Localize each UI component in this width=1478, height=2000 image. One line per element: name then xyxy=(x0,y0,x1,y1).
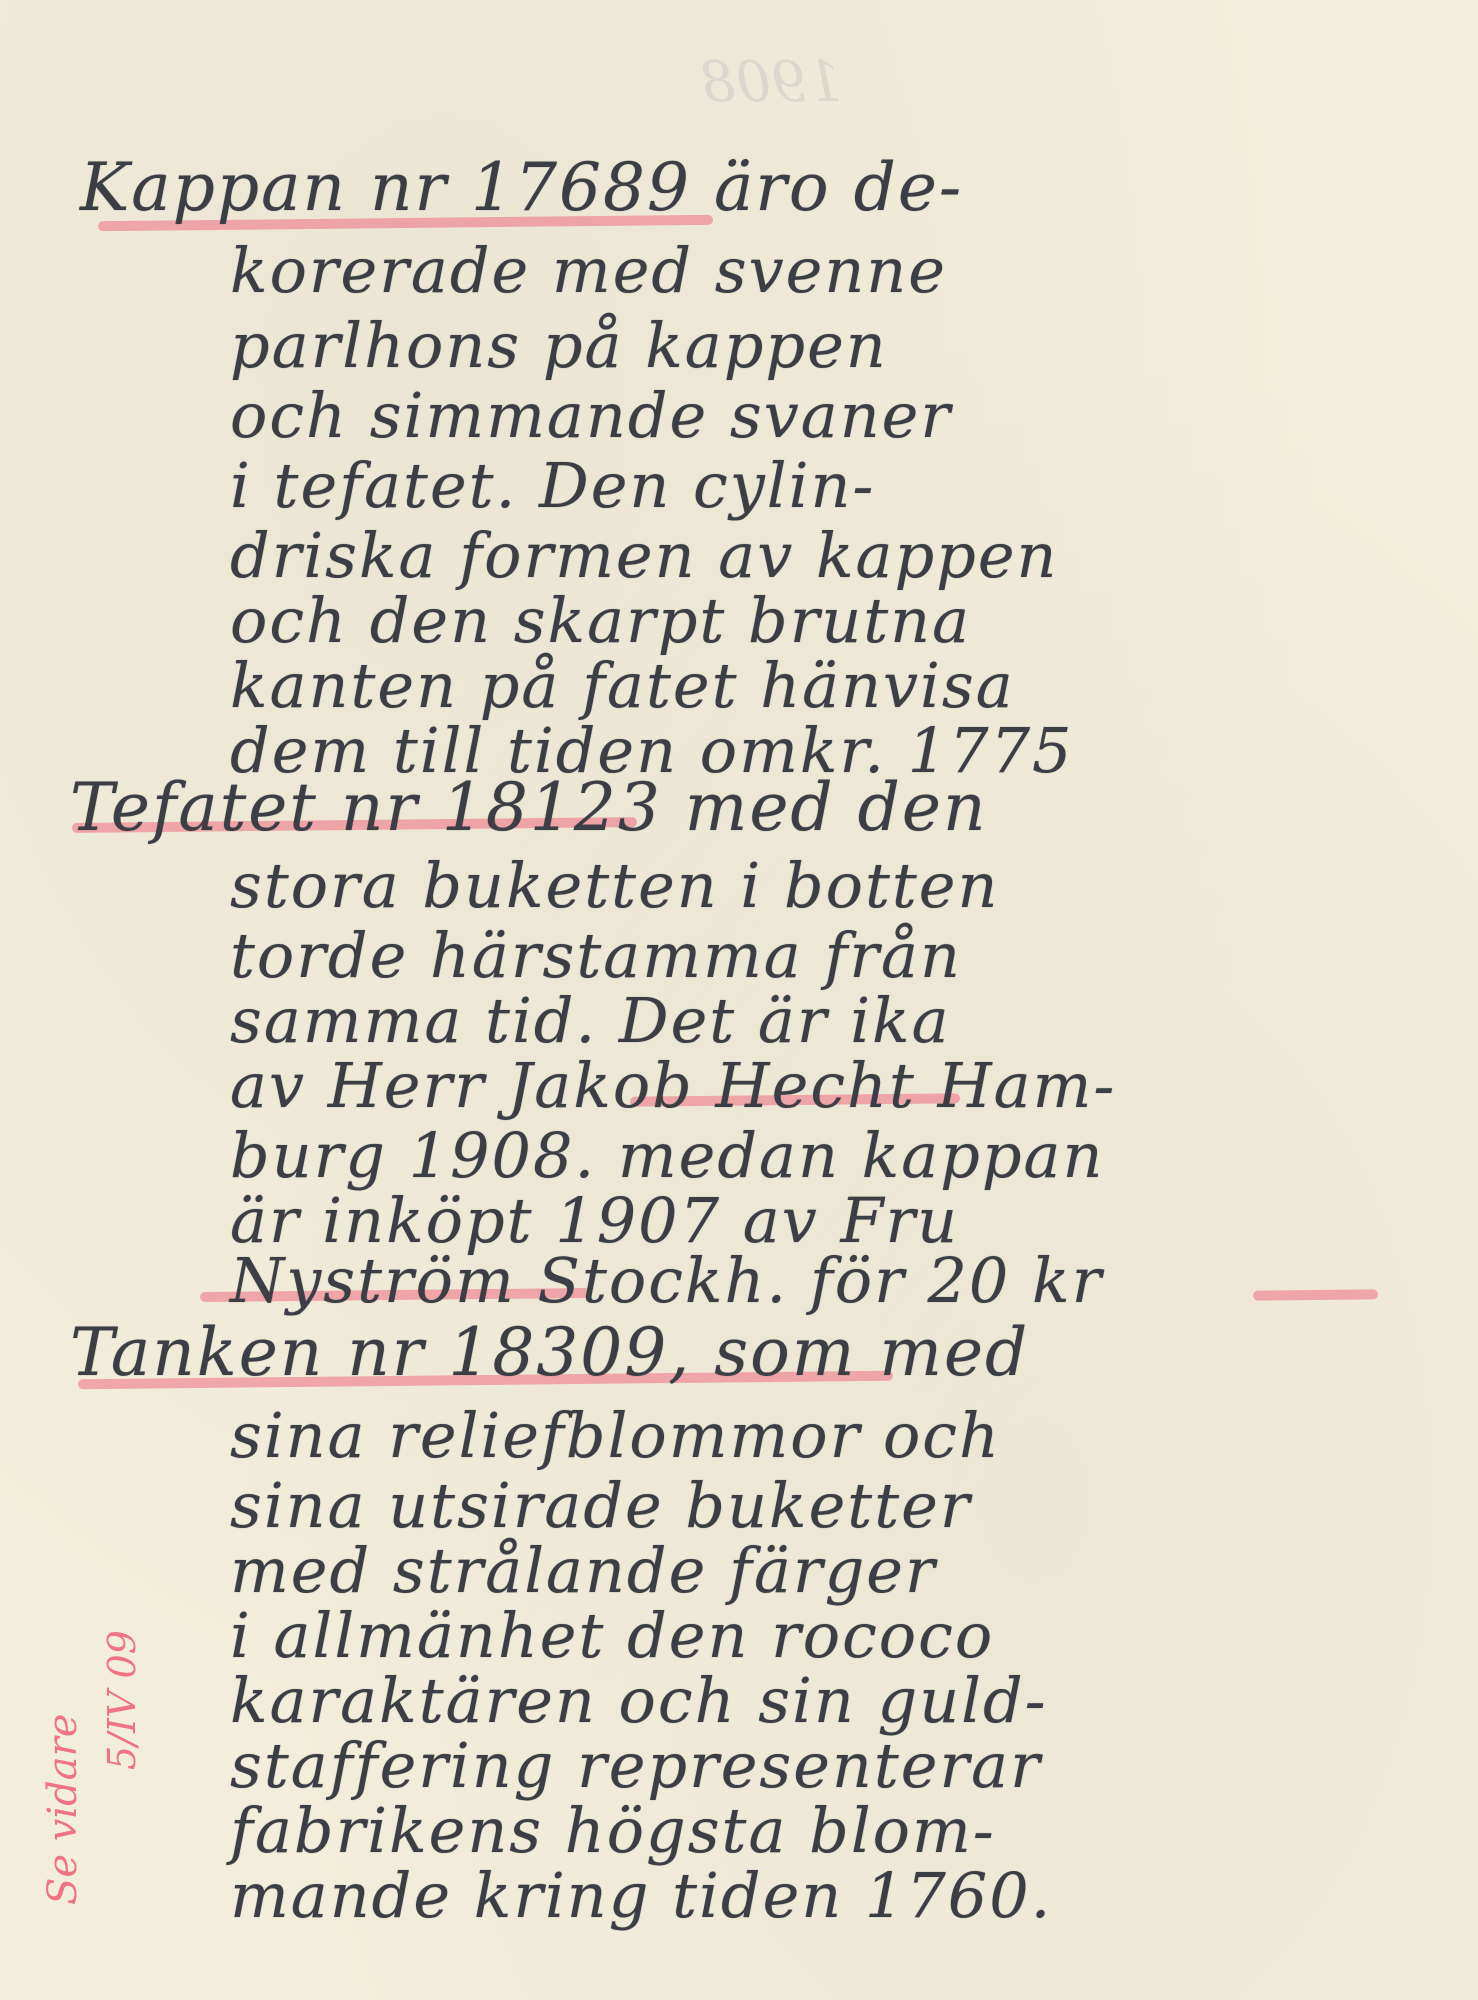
manuscript-line: är inköpt 1907 av Fru xyxy=(230,1190,959,1252)
manuscript-line: fabrikens högsta blom- xyxy=(230,1800,996,1862)
manuscript-line: kanten på fatet hänvisa xyxy=(230,655,1015,717)
manuscript-line: i tefatet. Den cylin- xyxy=(230,455,875,517)
manuscript-line: med strålande färger xyxy=(230,1540,937,1602)
manuscript-line: Nyström Stockh. för 20 kr xyxy=(230,1250,1103,1312)
manuscript-line: driska formen av kappen xyxy=(230,525,1058,587)
manuscript-line: karaktären och sin guld- xyxy=(230,1670,1048,1732)
manuscript-line: mande kring tiden 1760. xyxy=(230,1865,1052,1927)
manuscript-line: och simmande svaner xyxy=(230,385,952,447)
underline-20kr xyxy=(1253,1289,1378,1300)
manuscript-line: och den skarpt brutna xyxy=(230,590,971,652)
manuscript-line: staffering representerar xyxy=(230,1735,1042,1797)
manuscript-line: sina utsirade buketter xyxy=(230,1475,971,1537)
manuscript-line: i allmänhet den rococo xyxy=(230,1605,994,1667)
manuscript-line: Tanken nr 18309, som med xyxy=(70,1320,1029,1386)
manuscript-line: torde härstamma från xyxy=(230,925,962,987)
margin-note-line-2: 5/IV 09 xyxy=(100,1630,144,1770)
manuscript-line: av Herr Jakob Hecht Ham- xyxy=(230,1055,1116,1117)
manuscript-line: Tefatet nr 18123 med den xyxy=(70,775,987,841)
manuscript-line: Kappan nr 17689 äro de- xyxy=(80,155,963,221)
manuscript-line: stora buketten i botten xyxy=(230,855,999,917)
manuscript-line: korerade med svenne xyxy=(230,240,947,302)
bleed-through-text: 1908 xyxy=(700,50,843,115)
margin-note-line-1: Se vidare xyxy=(40,1714,86,1905)
manuscript-line: samma tid. Det är ika xyxy=(230,990,951,1052)
manuscript-line: burg 1908. medan kappan xyxy=(230,1125,1104,1187)
manuscript-line: sina reliefblommor och xyxy=(230,1405,1001,1467)
manuscript-line: parlhons på kappen xyxy=(230,315,888,377)
